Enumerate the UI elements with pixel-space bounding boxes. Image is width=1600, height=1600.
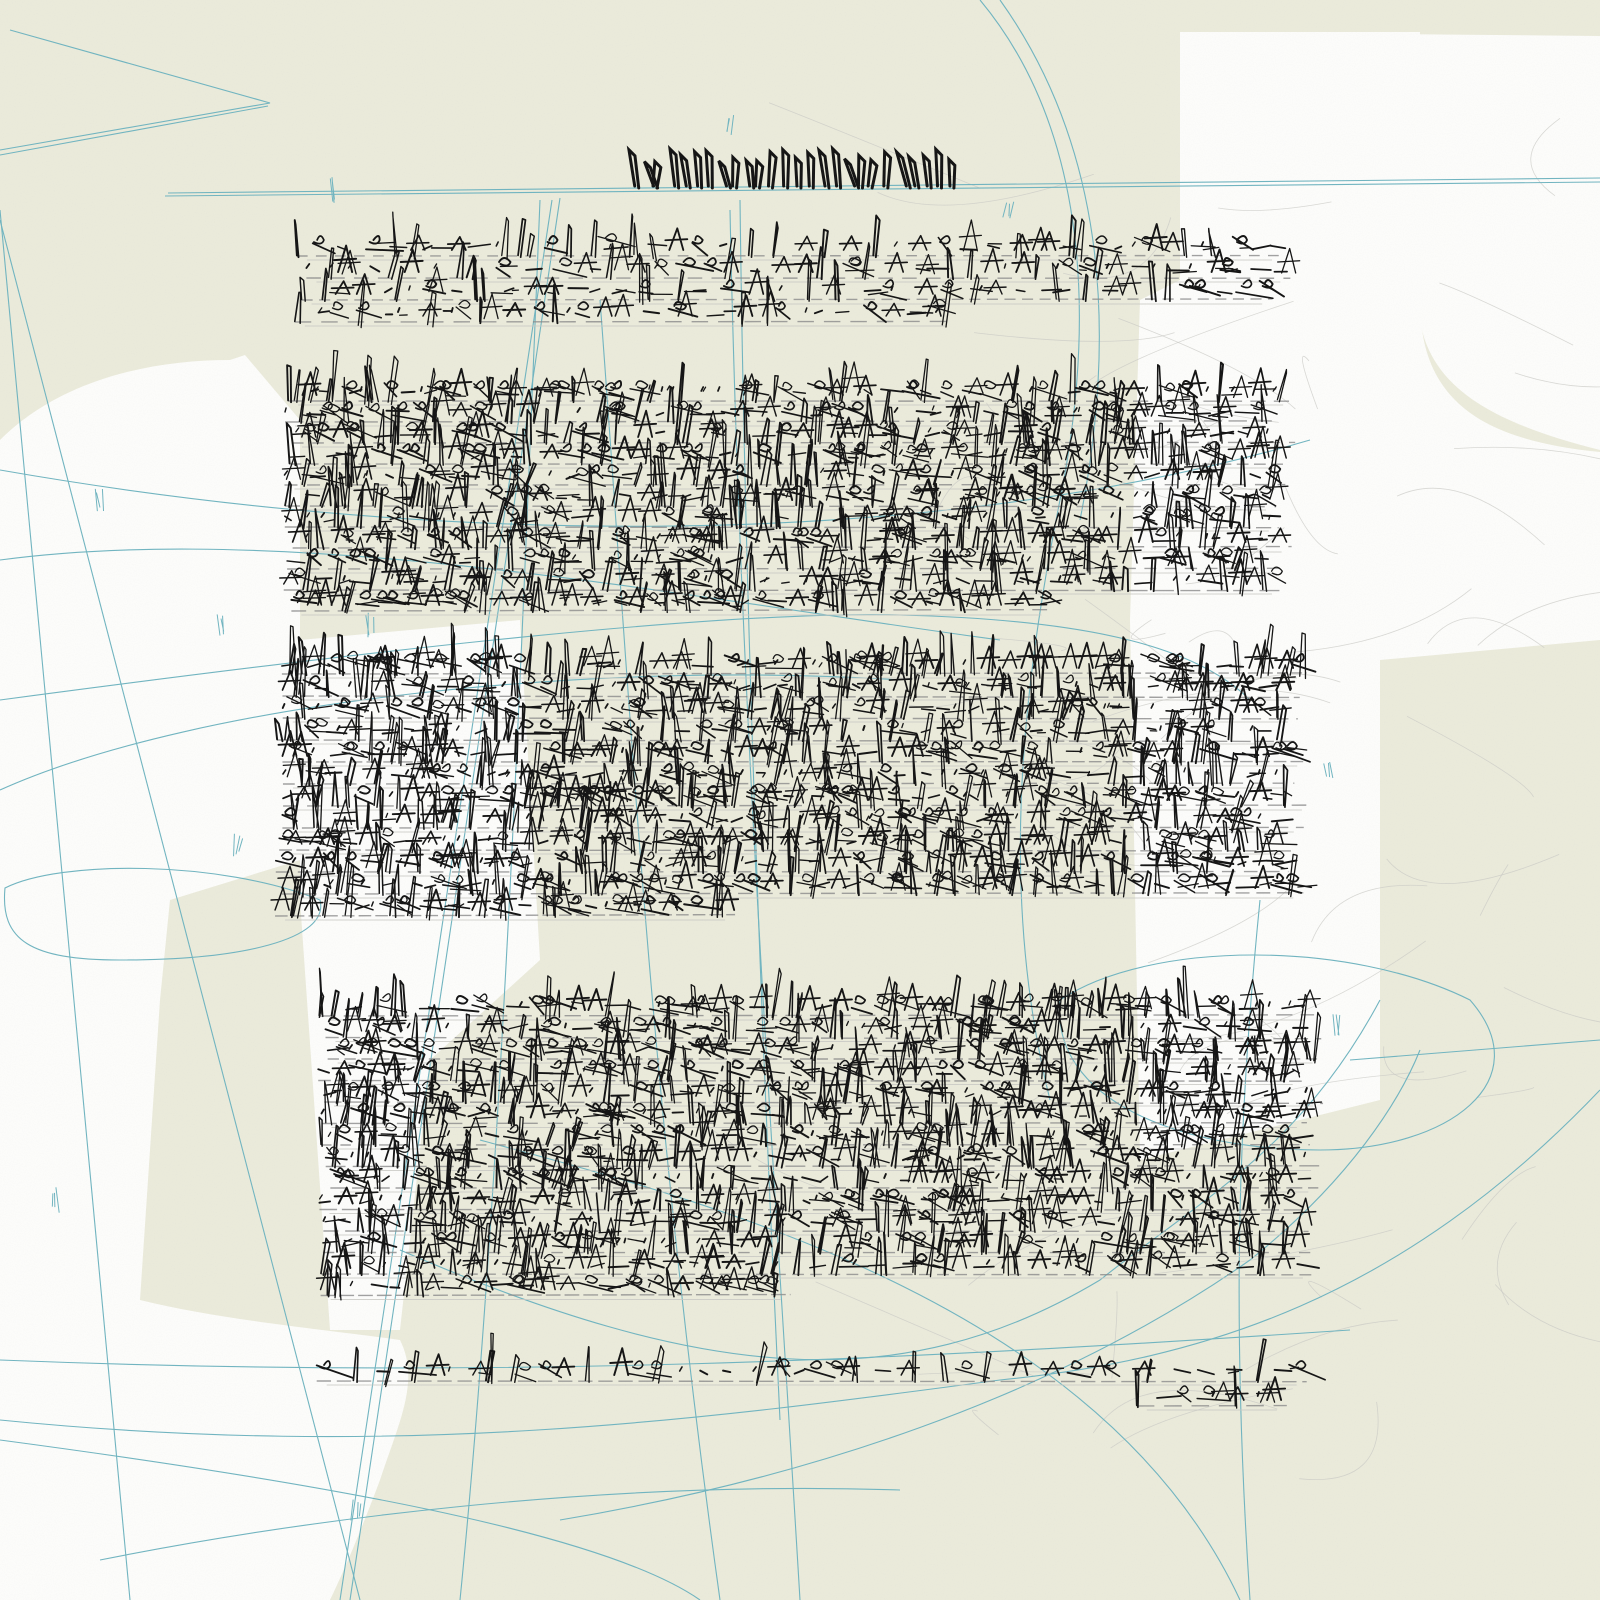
artwork-canvas xyxy=(0,0,1600,1600)
